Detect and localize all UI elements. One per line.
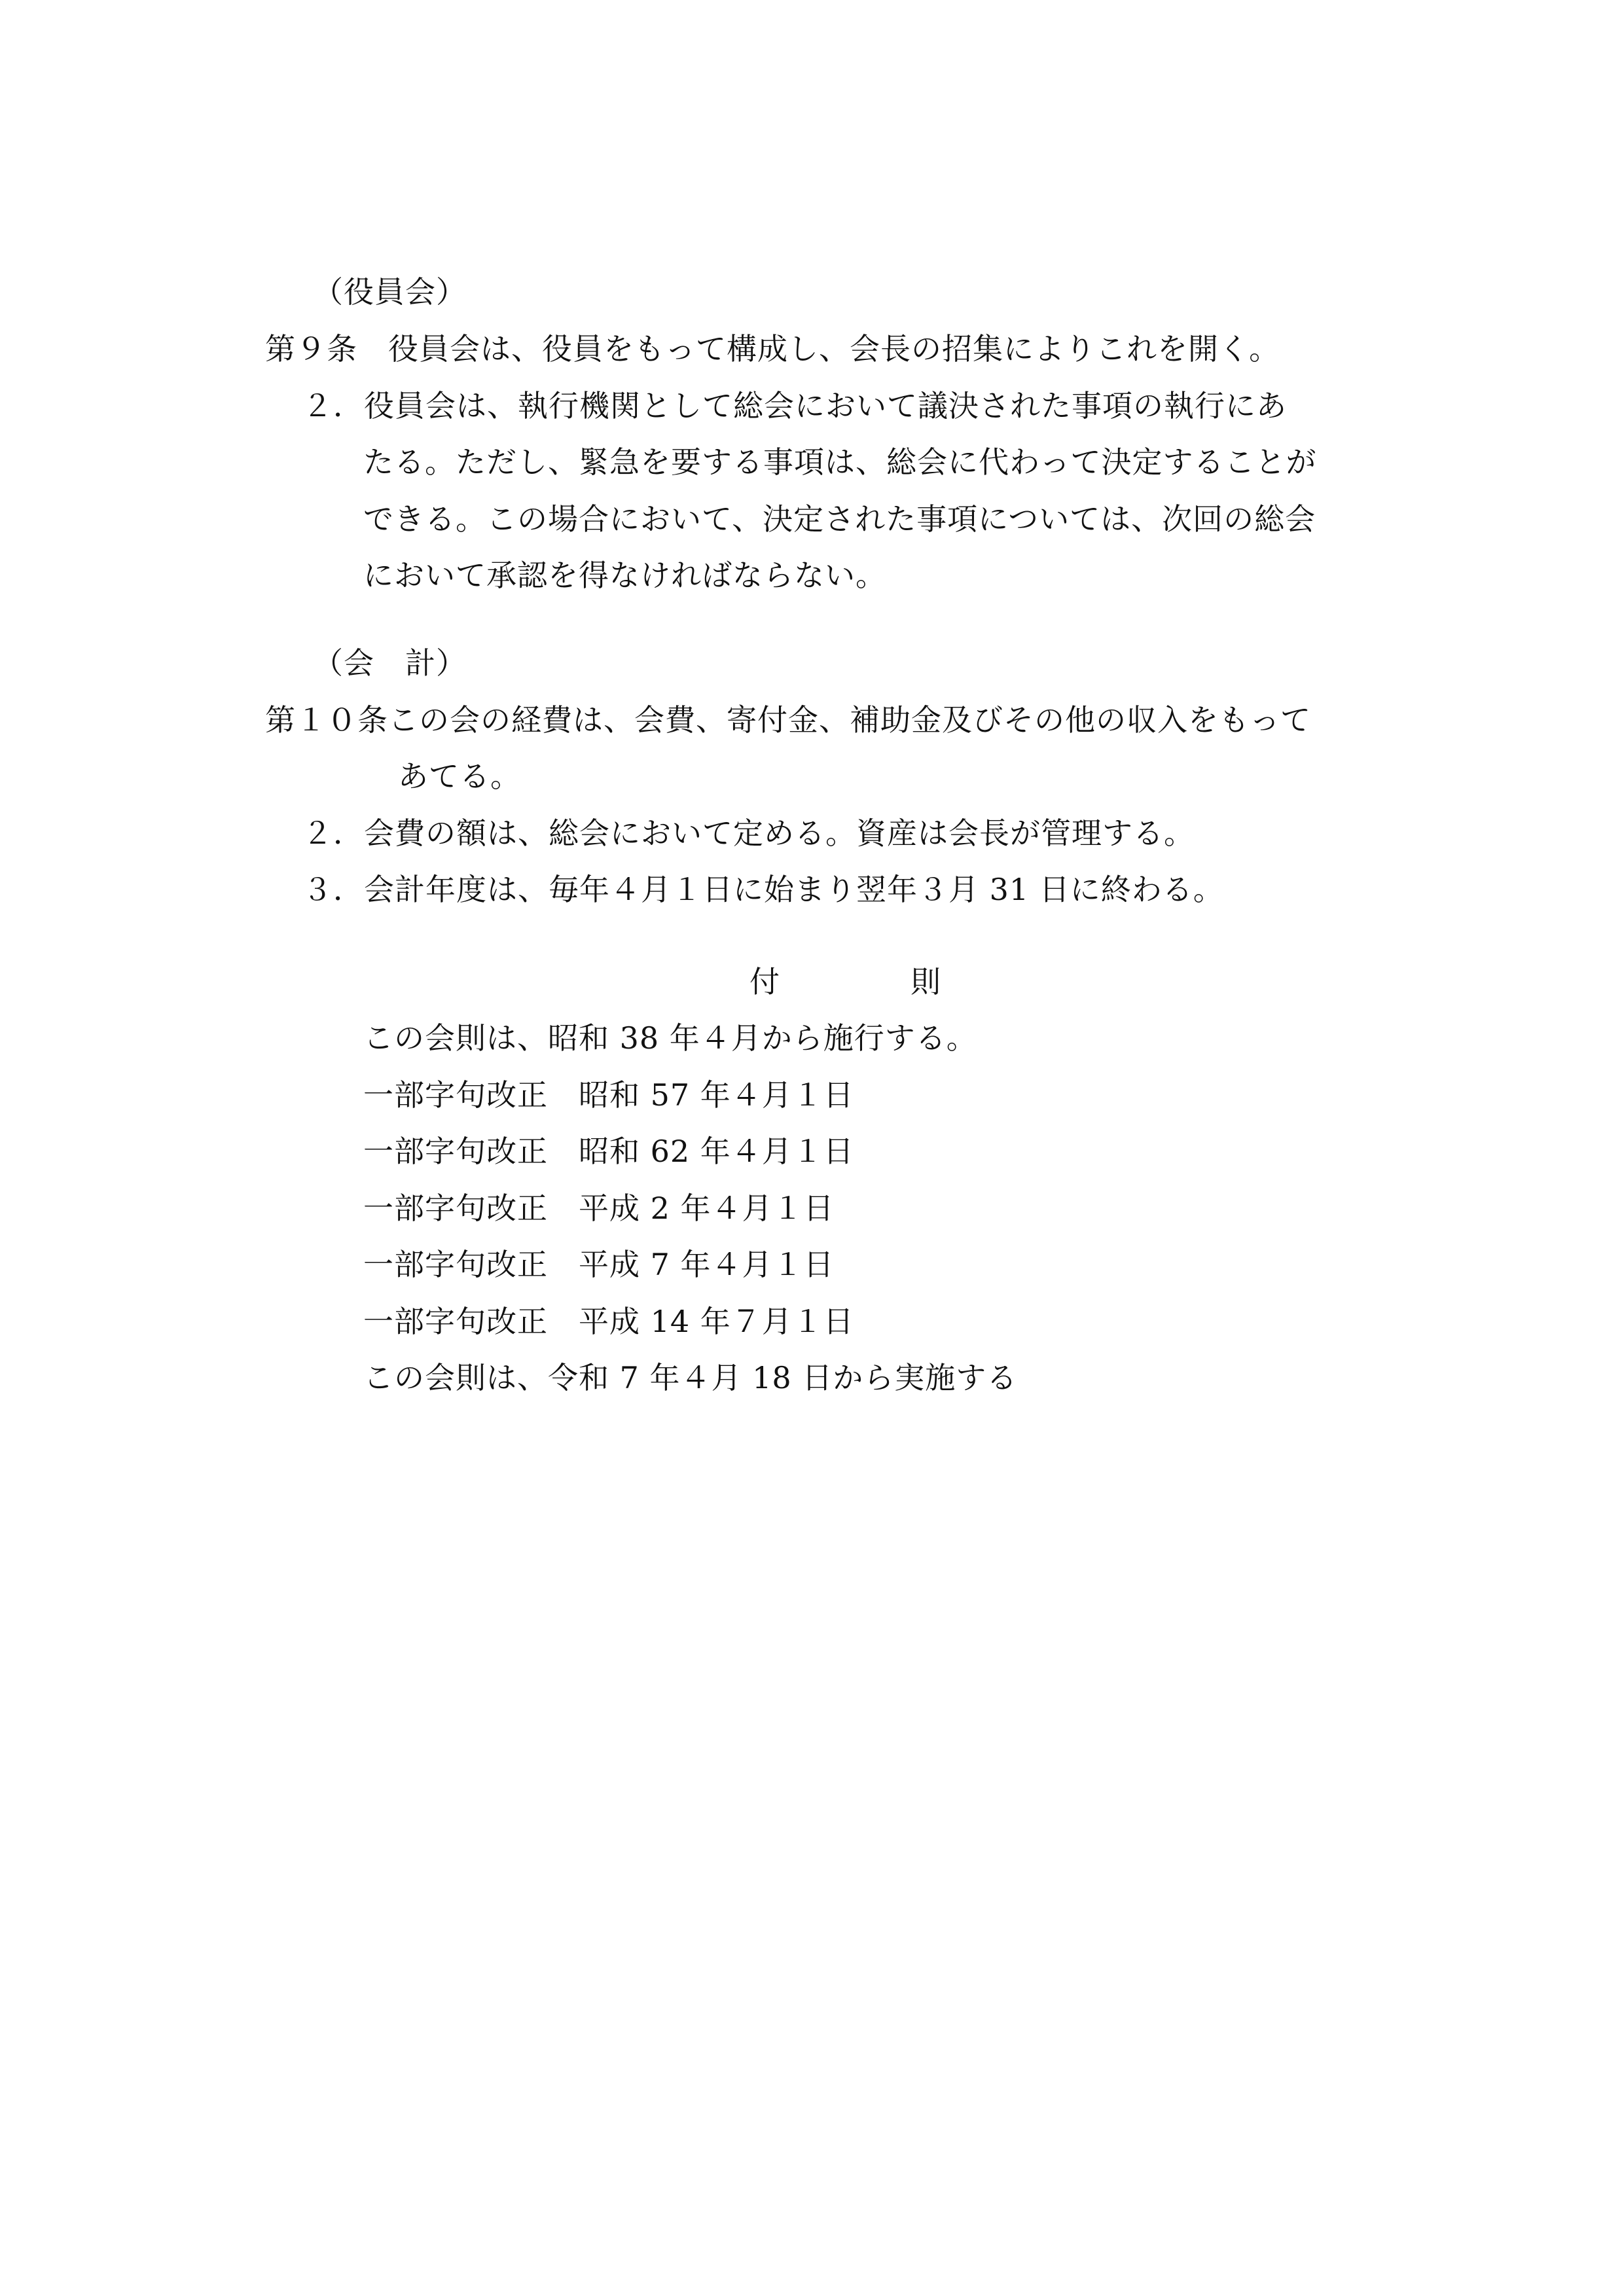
supplementary-line: この会則は、令和 7 年４月 18 日から実施する — [363, 1359, 1017, 1396]
supplementary-line: 一部字句改正 昭和 62 年４月１日 — [363, 1133, 854, 1170]
section-heading-accounting: （会 計） — [313, 645, 467, 681]
article-10-line-2: あてる。 — [398, 758, 521, 795]
supplementary-line: この会則は、昭和 38 年４月から施行する。 — [363, 1020, 977, 1056]
supplementary-line: 一部字句改正 平成 7 年４月１日 — [363, 1246, 835, 1283]
supplementary-line: 一部字句改正 平成 2 年４月１日 — [363, 1190, 835, 1227]
article-9: 第９条 役員会は、役員をもって構成し、会長の招集によりこれを開く。 — [265, 331, 1280, 367]
section-heading-officers: （役員会） — [313, 274, 467, 310]
supplementary-title-left: 付 — [749, 963, 780, 1000]
article-10-line-1: 第１０条この会の経費は、会費、寄付金、補助金及びその他の収入をもって — [265, 702, 1311, 738]
article-10-item-3: ３．会計年度は、毎年４月１日に始まり翌年３月 31 日に終わる。 — [302, 871, 1224, 908]
article-9-item-2-line-2: たる。ただし、緊急を要する事項は、総会に代わって決定することが — [363, 444, 1317, 480]
supplementary-line: 一部字句改正 平成 14 年７月１日 — [363, 1303, 854, 1340]
article-9-item-2-line-3: できる。この場合において、決定された事項については、次回の総会 — [363, 501, 1316, 537]
article-9-item-2-line-1: ２．役員会は、執行機関として総会において議決された事項の執行にあ — [302, 387, 1287, 424]
supplementary-title-right: 則 — [911, 963, 941, 1000]
article-9-item-2-line-4: において承認を得なければならない。 — [363, 557, 886, 594]
supplementary-line: 一部字句改正 昭和 57 年４月１日 — [363, 1077, 854, 1113]
article-10-item-2: ２．会費の額は、総会において定める。資産は会長が管理する。 — [302, 815, 1195, 852]
document-page: （役員会） 第９条 役員会は、役員をもって構成し、会長の招集によりこれを開く。 … — [0, 0, 1624, 2296]
supplementary-title: 付則 — [749, 963, 941, 1000]
